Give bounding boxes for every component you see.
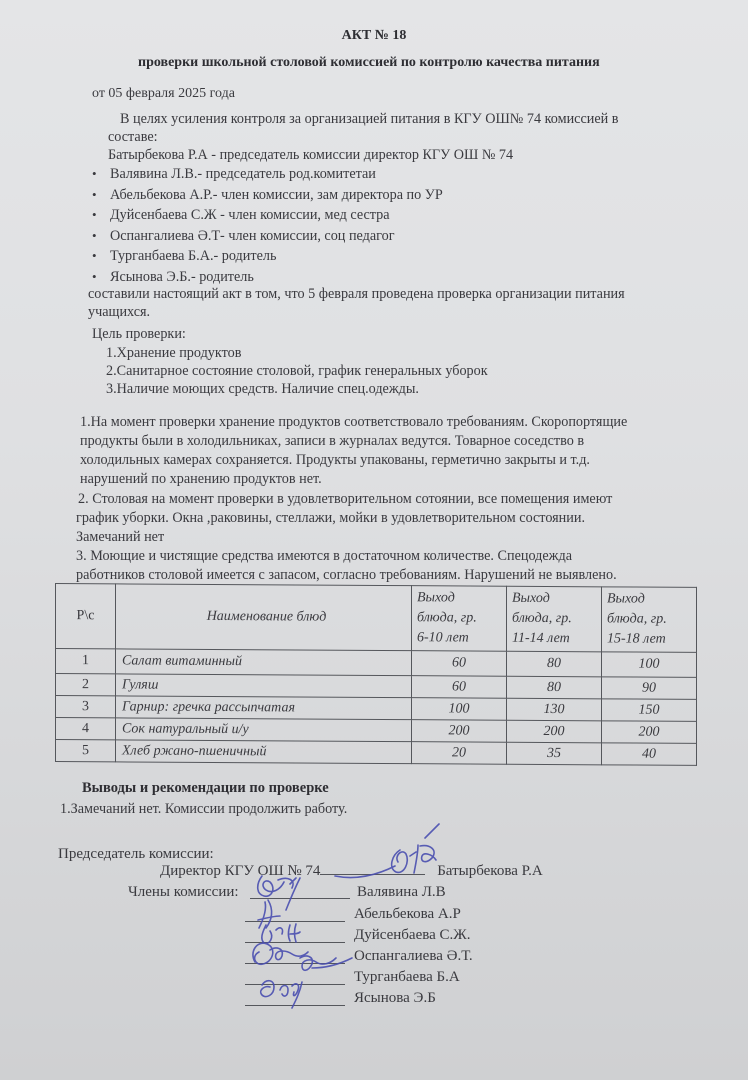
handwritten-signatures-icon bbox=[0, 0, 748, 1080]
